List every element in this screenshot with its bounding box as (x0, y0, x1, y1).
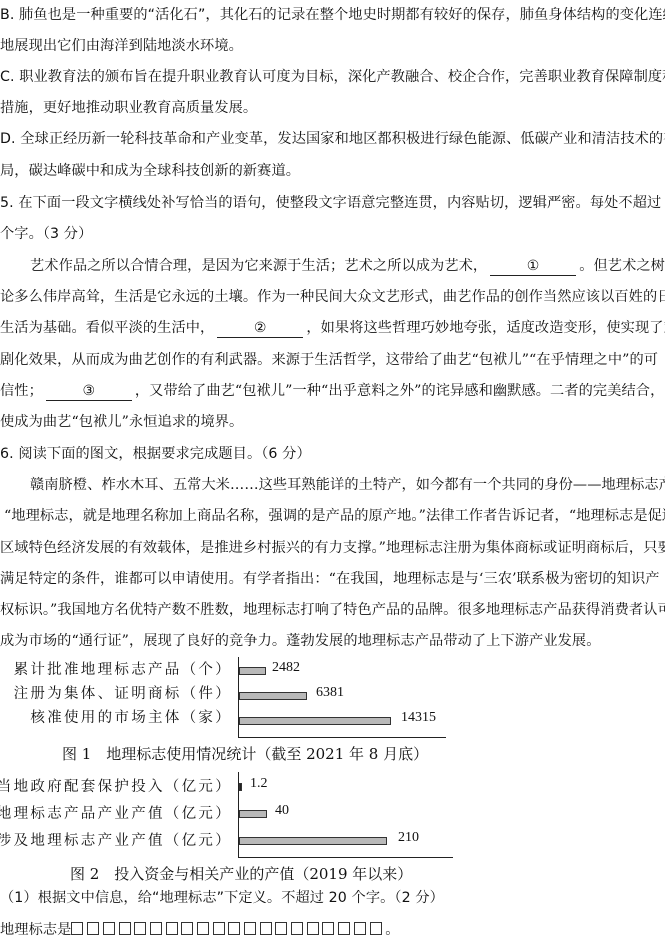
x-axis (238, 737, 446, 738)
category-label: 累计批准地理标志产品（个） (14, 658, 232, 679)
answer-char-box[interactable] (322, 922, 334, 935)
bar-40 (239, 810, 267, 818)
blank-1[interactable]: ① (490, 257, 576, 276)
bar-6381 (239, 692, 307, 700)
q5-passage-line-3: 生活为基础。看似平淡的生活中，②，如果将这些哲理巧妙地夸张，适度改造变形，使实现… (0, 318, 665, 338)
answer-char-box[interactable] (150, 922, 162, 935)
q5-passage-line-5: 信性；③，又带给了曲艺“包袱儿”一种“出乎意料之外”的诧异感和幽默感。二者的完美… (0, 381, 664, 401)
answer-char-box[interactable] (181, 922, 193, 935)
value-label: 40 (275, 803, 289, 819)
value-label: 1.2 (250, 776, 268, 792)
q6-prompt: 6. 阅读下面的图文，根据要求完成题目。（6 分） (0, 444, 311, 464)
value-label: 2482 (272, 660, 300, 676)
category-label: 当地政府配套保护投入（亿元） (0, 775, 232, 796)
figure-1-caption: 图 1 地理标志使用情况统计（截至 2021 年 8 月底） (62, 743, 428, 764)
q6-passage-line-1: 赣南脐橙、柞水木耳、五常大米……这些耳熟能详的土特产，如今都有一个共同的身份——… (30, 475, 665, 495)
category-label: 注册为集体、证明商标（件） (14, 682, 232, 703)
bar-1-2 (239, 783, 242, 791)
passage-text: 信性； (0, 383, 43, 399)
figure-1-bar-chart: 累计批准地理标志产品（个） 注册为集体、证明商标（件） 核准使用的市场主体（家）… (0, 655, 460, 765)
answer-char-box[interactable] (307, 922, 319, 935)
answer-suffix: 。 (385, 922, 399, 938)
value-label: 6381 (316, 685, 344, 701)
answer-char-box[interactable] (338, 922, 350, 935)
q6-passage-line-5: 权标识。”我国地方名优特产数不胜数，地理标志打响了特色产品的品牌。很多地理标志产… (0, 600, 665, 620)
q6-passage-line-4: 满足特定的条件，谁都可以申请使用。有学者指出：“在我国，地理标志是与‘三农’联系… (0, 569, 660, 589)
q6-passage-line-3: 区域特色经济发展的有效载体，是推进乡村振兴的有力支撑。”地理标志注册为集体商标或… (0, 538, 665, 558)
blank-2[interactable]: ② (217, 319, 303, 338)
answer-char-box[interactable] (197, 922, 209, 935)
q5-prompt-line-2: 个字。（3 分） (0, 224, 92, 244)
passage-text: ，如果将这些哲理巧妙地夸张，适度改造变形，使实现了戏 (306, 320, 665, 336)
option-d-line-2: 局，碳达峰碳中和成为全球科技创新的新赛道。 (0, 161, 300, 181)
figure-2-bar-chart: 当地政府配套保护投入（亿元） 地理标志产品产业产值（亿元） 涉及地理标志产业产值… (0, 770, 460, 885)
q5-passage-line-2: 论多么伟岸高耸，生活是它永远的土壤。作为一种民间大众文艺形式，曲艺作品的创作当然… (0, 287, 665, 307)
passage-text: ，又带给了曲艺“包袱儿”一种“出乎意料之外”的诧异感和幽默感。二者的完美结合， (135, 383, 664, 399)
category-label: 涉及地理标志产业产值（亿元） (0, 829, 232, 850)
figure-2-caption: 图 2 投入资金与相关产业的产值（2019 年以来） (70, 863, 412, 884)
x-axis (238, 857, 453, 858)
answer-char-box[interactable] (103, 922, 115, 935)
bar-210 (239, 837, 387, 845)
q6-sub1-prompt: （1）根据文中信息，给“地理标志”下定义。不超过 20 个字。（2 分） (0, 888, 444, 908)
q6-passage-line-6: 成为市场的“通行证”，展现了良好的竞争力。蓬勃发展的地理标志产品带动了上下游产业… (0, 631, 601, 651)
passage-text: 。但艺术之树无 (579, 258, 665, 274)
option-d-line-1: D. 全球正经历新一轮科技革命和产业变革，发达国家和地区都积极进行绿色能源、低碳… (0, 129, 665, 149)
answer-prefix: 地理标志是 (0, 922, 71, 938)
q5-prompt-line-1: 5. 在下面一段文字横线处补写恰当的语句，使整段文字语意完整连贯，内容贴切，逻辑… (0, 193, 665, 213)
q5-passage-line-6: 使成为曲艺“包袱儿”永恒追求的境界。 (0, 412, 243, 432)
answer-char-box[interactable] (370, 922, 382, 935)
value-label: 14315 (401, 710, 436, 726)
answer-char-box[interactable] (228, 922, 240, 935)
answer-char-box[interactable] (244, 922, 256, 935)
answer-char-box[interactable] (134, 922, 146, 935)
option-c-line-1: C. 职业教育法的颁布旨在提升职业教育认可度为目标，深化产教融合、校企合作，完善… (0, 67, 665, 87)
answer-char-box[interactable] (87, 922, 99, 935)
answer-char-box[interactable] (354, 922, 366, 935)
bar-14315 (239, 717, 391, 725)
q5-passage-line-4: 剧化效果，从而成为曲艺创作的有利武器。来源于生活哲学，这带给了曲艺“包袱儿”“在… (0, 350, 658, 370)
passage-text: 生活为基础。看似平淡的生活中， (0, 320, 214, 336)
q6-sub1-answer-line: 地理标志是。 (0, 920, 400, 940)
answer-char-box[interactable] (119, 922, 131, 935)
answer-boxes[interactable] (71, 922, 385, 938)
q5-passage-line-1: 艺术作品之所以合情合理，是因为它来源于生活；艺术之所以成为艺术，①。但艺术之树无 (30, 256, 665, 276)
answer-char-box[interactable] (291, 922, 303, 935)
bar-2482 (239, 667, 266, 675)
answer-char-box[interactable] (166, 922, 178, 935)
q6-passage-line-2: “地理标志，就是地理名称加上商品名称，强调的是产品的原产地。”法律工作者告诉记者… (4, 506, 665, 526)
answer-char-box[interactable] (275, 922, 287, 935)
category-label: 核准使用的市场主体（家） (30, 706, 232, 727)
answer-char-box[interactable] (71, 922, 83, 935)
value-label: 210 (398, 830, 419, 846)
option-c-line-2: 措施，更好地推动职业教育高质量发展。 (0, 98, 257, 118)
blank-3[interactable]: ③ (46, 382, 132, 401)
option-b-line-1: B. 肺鱼也是一种重要的“活化石”，其化石的记录在整个地史时期都有较好的保存，肺… (0, 5, 665, 25)
option-b-line-2: 地展现出它们由海洋到陆地淡水环境。 (0, 36, 243, 56)
category-label: 地理标志产品产业产值（亿元） (0, 802, 232, 823)
answer-char-box[interactable] (260, 922, 272, 935)
answer-char-box[interactable] (213, 922, 225, 935)
passage-text: 艺术作品之所以合情合理，是因为它来源于生活；艺术之所以成为艺术， (30, 258, 487, 274)
